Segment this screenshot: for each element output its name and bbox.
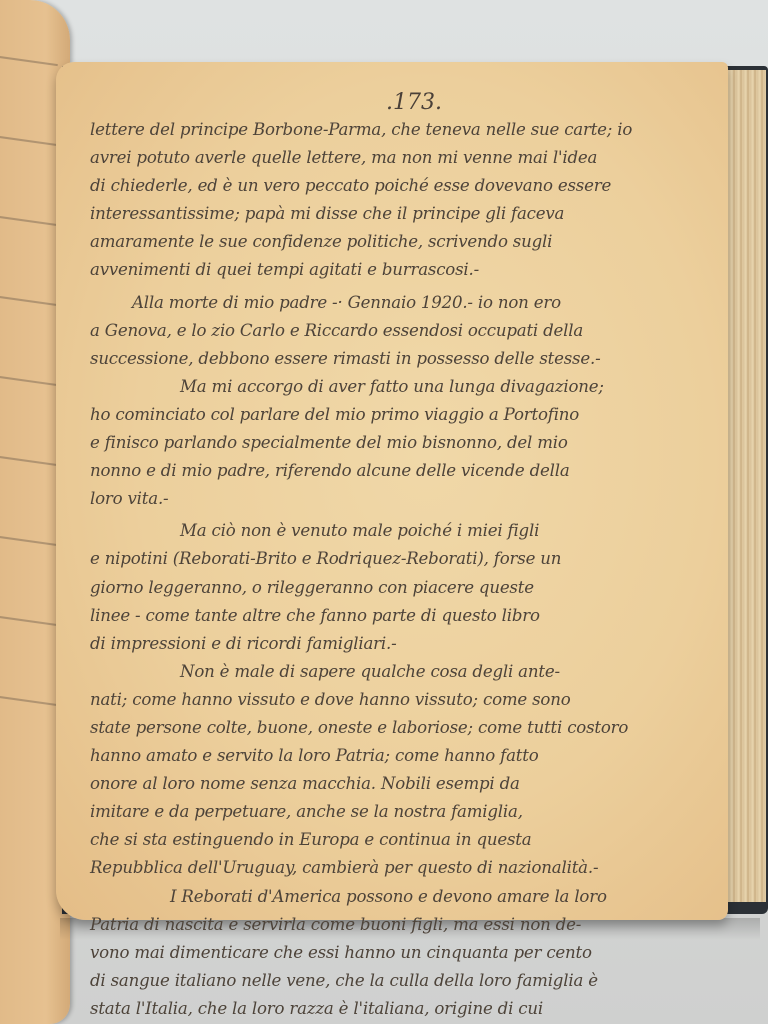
text-line: state persone colte, buone, oneste e lab…	[90, 714, 700, 742]
text-line: Patria di nascita e servirla come buoni …	[90, 911, 700, 939]
text-line: avrei potuto averle quelle lettere, ma n…	[90, 144, 700, 172]
text-line: di sangue italiano nelle vene, che la cu…	[90, 967, 700, 995]
text-line: successione, debbono essere rimasti in p…	[90, 345, 700, 373]
text-line: di impressioni e di ricordi famigliari.-	[90, 630, 700, 658]
faded-handwriting	[0, 616, 58, 626]
text-line: e finisco parlando specialmente del mio …	[90, 429, 700, 457]
text-line: che si sta estinguendo in Europa e conti…	[90, 826, 700, 854]
text-line: nati; come hanno vissuto e dove hanno vi…	[90, 686, 700, 714]
text-line: Repubblica dell'Uruguay, cambierà per qu…	[90, 854, 700, 882]
text-line: stata l'Italia, che la loro razza è l'it…	[90, 995, 700, 1023]
faded-handwriting	[0, 136, 58, 146]
faded-handwriting	[0, 376, 58, 386]
text-line: hanno amato e servito la loro Patria; co…	[90, 742, 700, 770]
text-line: imitare e da perpetuare, anche se la nos…	[90, 798, 700, 826]
text-line: e nipotini (Reborati-Brito e Rodriquez-R…	[90, 545, 700, 573]
text-line: vono mai dimenticare che essi hanno un c…	[90, 939, 700, 967]
text-line: nonno e di mio padre, riferendo alcune d…	[90, 457, 700, 485]
text-line: avvenimenti di quei tempi agitati e burr…	[90, 256, 700, 284]
text-line: amaramente le sue confidenze politiche, …	[90, 228, 700, 256]
faded-handwriting	[0, 456, 58, 466]
text-line: giorno leggeranno, o rileggeranno con pi…	[90, 574, 700, 602]
manuscript-page: .173. lettere del principe Borbone-Parma…	[56, 62, 728, 920]
paragraph-start: Non è male di sapere qualche cosa degli …	[90, 658, 700, 686]
paragraph-start: Alla morte di mio padre -· Gennaio 1920.…	[90, 289, 700, 317]
text-line: ho cominciato col parlare del mio primo …	[90, 401, 700, 429]
paragraph-start: Ma mi accorgo di aver fatto una lunga di…	[90, 373, 700, 401]
text-line: interessantissime; papà mi disse che il …	[90, 200, 700, 228]
page-number: .173.	[386, 90, 442, 115]
handwritten-text: lettere del principe Borbone-Parma, che …	[90, 116, 700, 1023]
text-line: a Genova, e lo zio Carlo e Riccardo esse…	[90, 317, 700, 345]
paragraph-start: Ma ciò non è venuto male poiché i miei f…	[90, 517, 700, 545]
faded-handwriting	[0, 216, 58, 226]
faded-handwriting	[0, 56, 58, 66]
text-line: onore al loro nome senza macchia. Nobili…	[90, 770, 700, 798]
text-line: di chiederle, ed è un vero peccato poich…	[90, 172, 700, 200]
faded-handwriting	[0, 296, 58, 306]
faded-handwriting	[0, 536, 58, 546]
text-line: loro vita.-	[90, 485, 700, 513]
paragraph-start: I Reborati d'America possono e devono am…	[90, 883, 700, 911]
text-line: lettere del principe Borbone-Parma, che …	[90, 116, 700, 144]
faded-handwriting	[0, 696, 58, 706]
page-edges	[722, 70, 766, 902]
text-line: linee - come tante altre che fanno parte…	[90, 602, 700, 630]
